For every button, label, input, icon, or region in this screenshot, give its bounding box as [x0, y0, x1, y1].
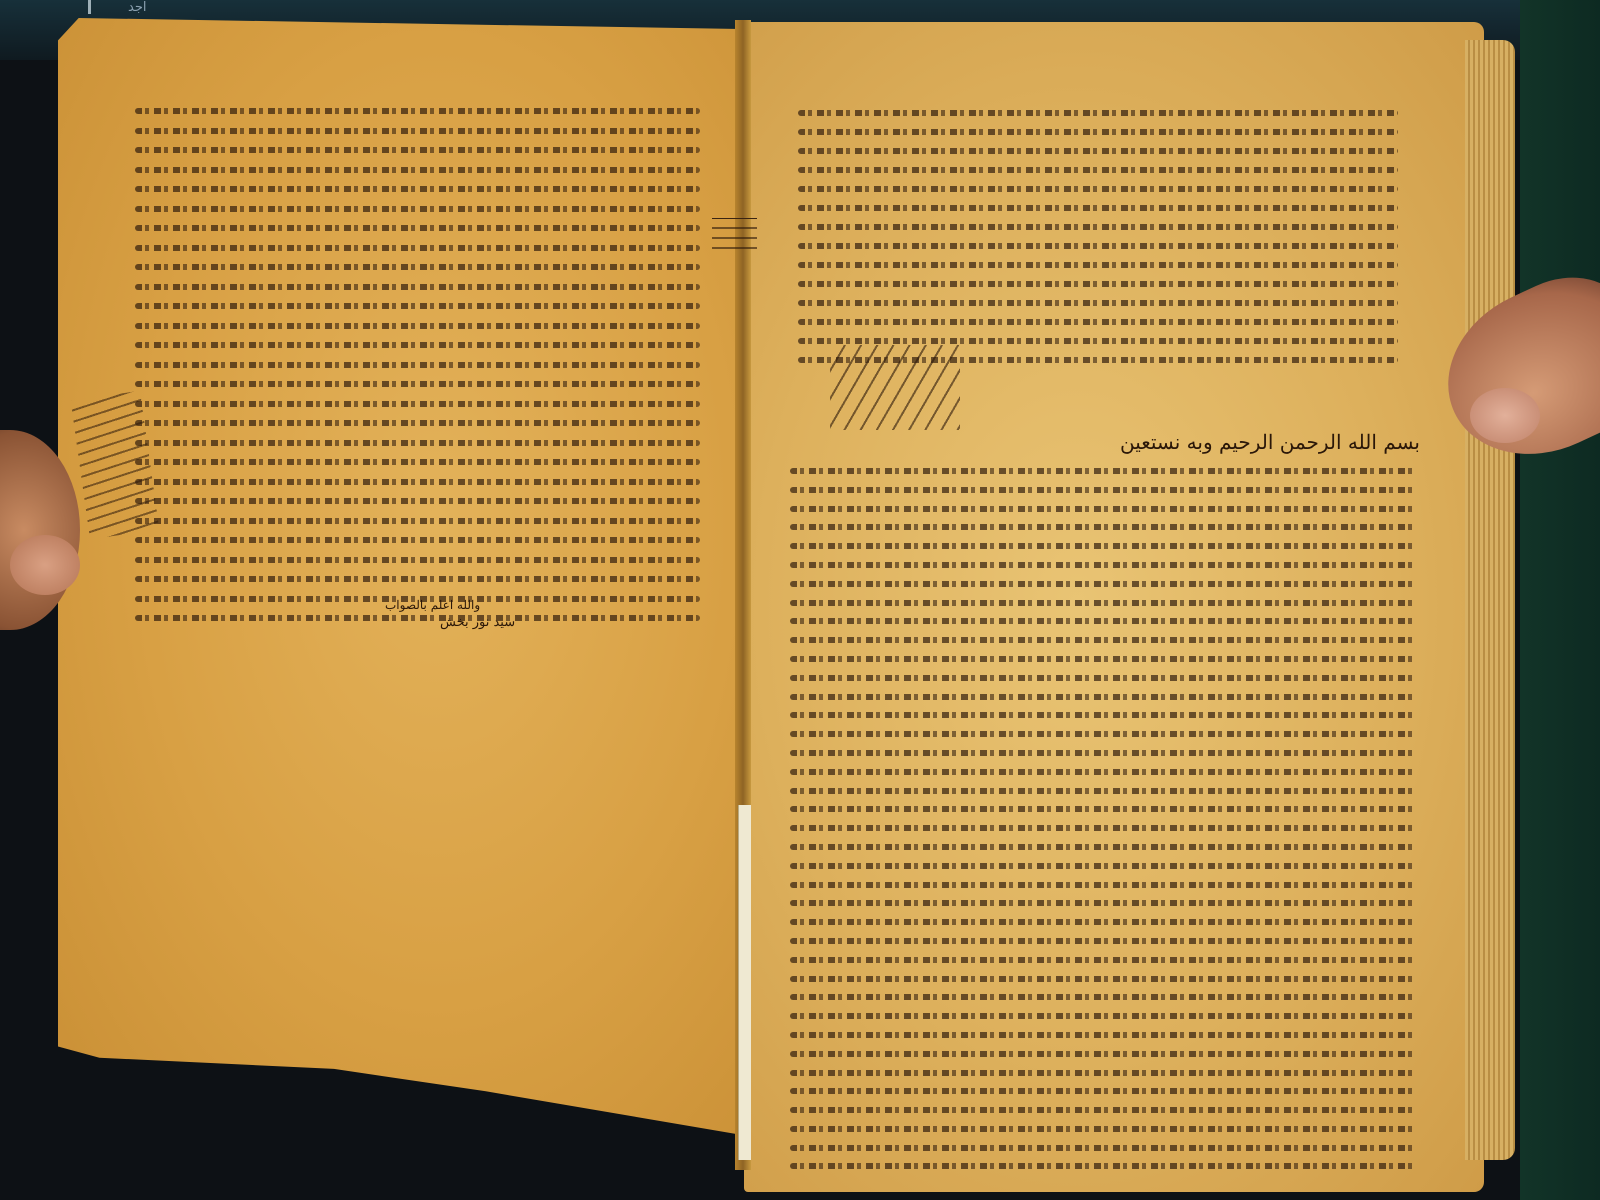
text-line [798, 186, 1398, 188]
text-line [790, 1126, 1415, 1128]
text-line [790, 938, 1415, 940]
right-page-text-top [798, 110, 1398, 376]
text-line [798, 167, 1398, 169]
text-line [135, 342, 700, 344]
text-line [135, 303, 700, 305]
colophon-line: والله اعلم بالصواب [385, 598, 480, 612]
text-line [798, 205, 1398, 207]
text-line [790, 524, 1415, 526]
text-line [135, 108, 700, 110]
text-line [135, 245, 700, 247]
text-line [798, 110, 1398, 112]
text-line [798, 148, 1398, 150]
text-line [790, 506, 1415, 508]
text-line [135, 440, 700, 442]
left-thumbnail [10, 535, 80, 595]
shelf-label: ﺍﺟﺪ [128, 0, 146, 15]
background-green-cloth [1520, 0, 1600, 1200]
text-line [135, 362, 700, 364]
gutter-margin-note [712, 218, 757, 249]
text-line [135, 576, 700, 578]
text-line [798, 319, 1398, 321]
text-line [135, 147, 700, 149]
right-page-text-bottom [790, 468, 1415, 1182]
text-line [135, 420, 700, 422]
text-line [790, 656, 1415, 658]
diagonal-verses [830, 345, 960, 430]
text-line [790, 863, 1415, 865]
page-edges [1465, 40, 1515, 1160]
text-line [135, 186, 700, 188]
text-line [135, 323, 700, 325]
text-line [798, 243, 1398, 245]
text-line [790, 543, 1415, 545]
right-thumbnail [1470, 388, 1540, 443]
text-line [790, 1032, 1415, 1034]
shelf-stripe [88, 0, 91, 14]
text-line [135, 225, 700, 227]
text-line [798, 129, 1398, 131]
text-line [790, 750, 1415, 752]
text-line [135, 401, 700, 403]
text-line [135, 537, 700, 539]
text-line [790, 976, 1415, 978]
text-line [790, 844, 1415, 846]
text-line [790, 487, 1415, 489]
text-line [790, 694, 1415, 696]
text-line [798, 262, 1398, 264]
text-line [790, 994, 1415, 996]
text-line [798, 338, 1398, 340]
text-line [790, 806, 1415, 808]
text-line [135, 479, 700, 481]
text-line [135, 167, 700, 169]
text-line [790, 825, 1415, 827]
text-line [798, 281, 1398, 283]
basmala-heading: بسم الله الرحمن الرحيم وبه نستعين [800, 430, 1420, 470]
text-line [790, 1051, 1415, 1053]
text-line [135, 615, 700, 617]
text-line [135, 128, 700, 130]
text-line [790, 769, 1415, 771]
text-line [790, 1088, 1415, 1090]
text-line [790, 637, 1415, 639]
text-line [798, 300, 1398, 302]
text-line [135, 459, 700, 461]
text-line [135, 557, 700, 559]
text-line [790, 1070, 1415, 1072]
text-line [790, 900, 1415, 902]
text-line [135, 518, 700, 520]
text-line [135, 206, 700, 208]
text-line [790, 1145, 1415, 1147]
text-line [790, 712, 1415, 714]
text-line [790, 882, 1415, 884]
left-page-text [135, 108, 700, 635]
text-line [790, 1013, 1415, 1015]
text-line [790, 731, 1415, 733]
text-line [790, 600, 1415, 602]
text-line [790, 581, 1415, 583]
text-line [135, 284, 700, 286]
text-line [790, 618, 1415, 620]
text-line [790, 562, 1415, 564]
paper-slip [738, 805, 751, 1160]
text-line [790, 919, 1415, 921]
text-line [790, 788, 1415, 790]
text-line [790, 1107, 1415, 1109]
scribe-signature: سيد نور بخش [440, 615, 515, 630]
text-line [135, 498, 700, 500]
text-line [790, 675, 1415, 677]
text-line [135, 264, 700, 266]
text-line [790, 1163, 1415, 1165]
text-line [135, 381, 700, 383]
text-line [790, 957, 1415, 959]
text-line [798, 224, 1398, 226]
